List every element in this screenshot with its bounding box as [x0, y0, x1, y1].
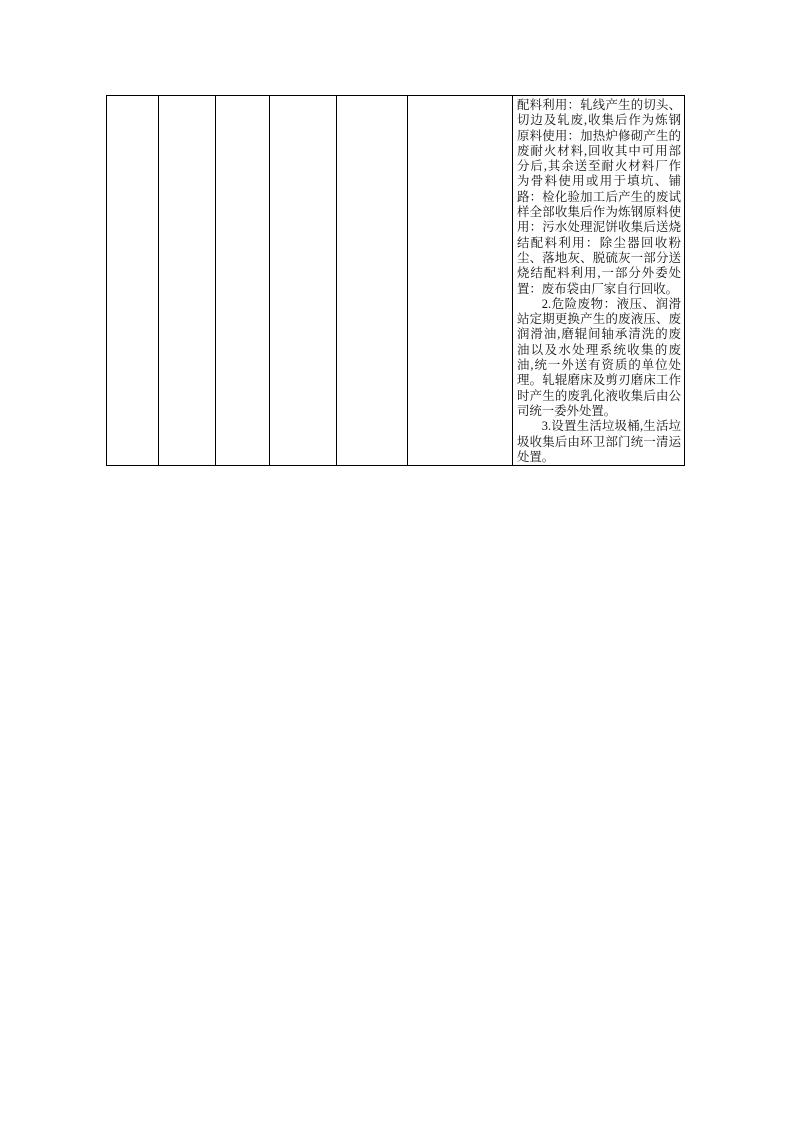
waste-disposal-table: 配料利用：轧线产生的切头、切边及轧废,收集后作为炼钢原料使用：加热炉修砌产生的废…	[106, 95, 685, 466]
paragraph-domestic-waste: 3.设置生活垃圾桶,生活垃圾收集后由环卫部门统一清运处置。	[517, 419, 681, 465]
empty-cell-4	[270, 96, 337, 465]
empty-cell-2	[159, 96, 216, 465]
empty-cell-3	[216, 96, 270, 465]
empty-cell-5	[337, 96, 408, 465]
empty-cell-6	[408, 96, 513, 465]
paragraph-general-solid-waste: 配料利用：轧线产生的切头、切边及轧废,收集后作为炼钢原料使用：加热炉修砌产生的废…	[517, 98, 681, 297]
disposal-measures-cell: 配料利用：轧线产生的切头、切边及轧废,收集后作为炼钢原料使用：加热炉修砌产生的废…	[513, 96, 684, 465]
empty-cell-1	[107, 96, 159, 465]
paragraph-hazardous-waste: 2.危险废物：液压、润滑站定期更换产生的废液压、废润滑油,磨辊间轴承清洗的废油以…	[517, 297, 681, 419]
document-page: 配料利用：轧线产生的切头、切边及轧废,收集后作为炼钢原料使用：加热炉修砌产生的废…	[0, 0, 793, 1122]
